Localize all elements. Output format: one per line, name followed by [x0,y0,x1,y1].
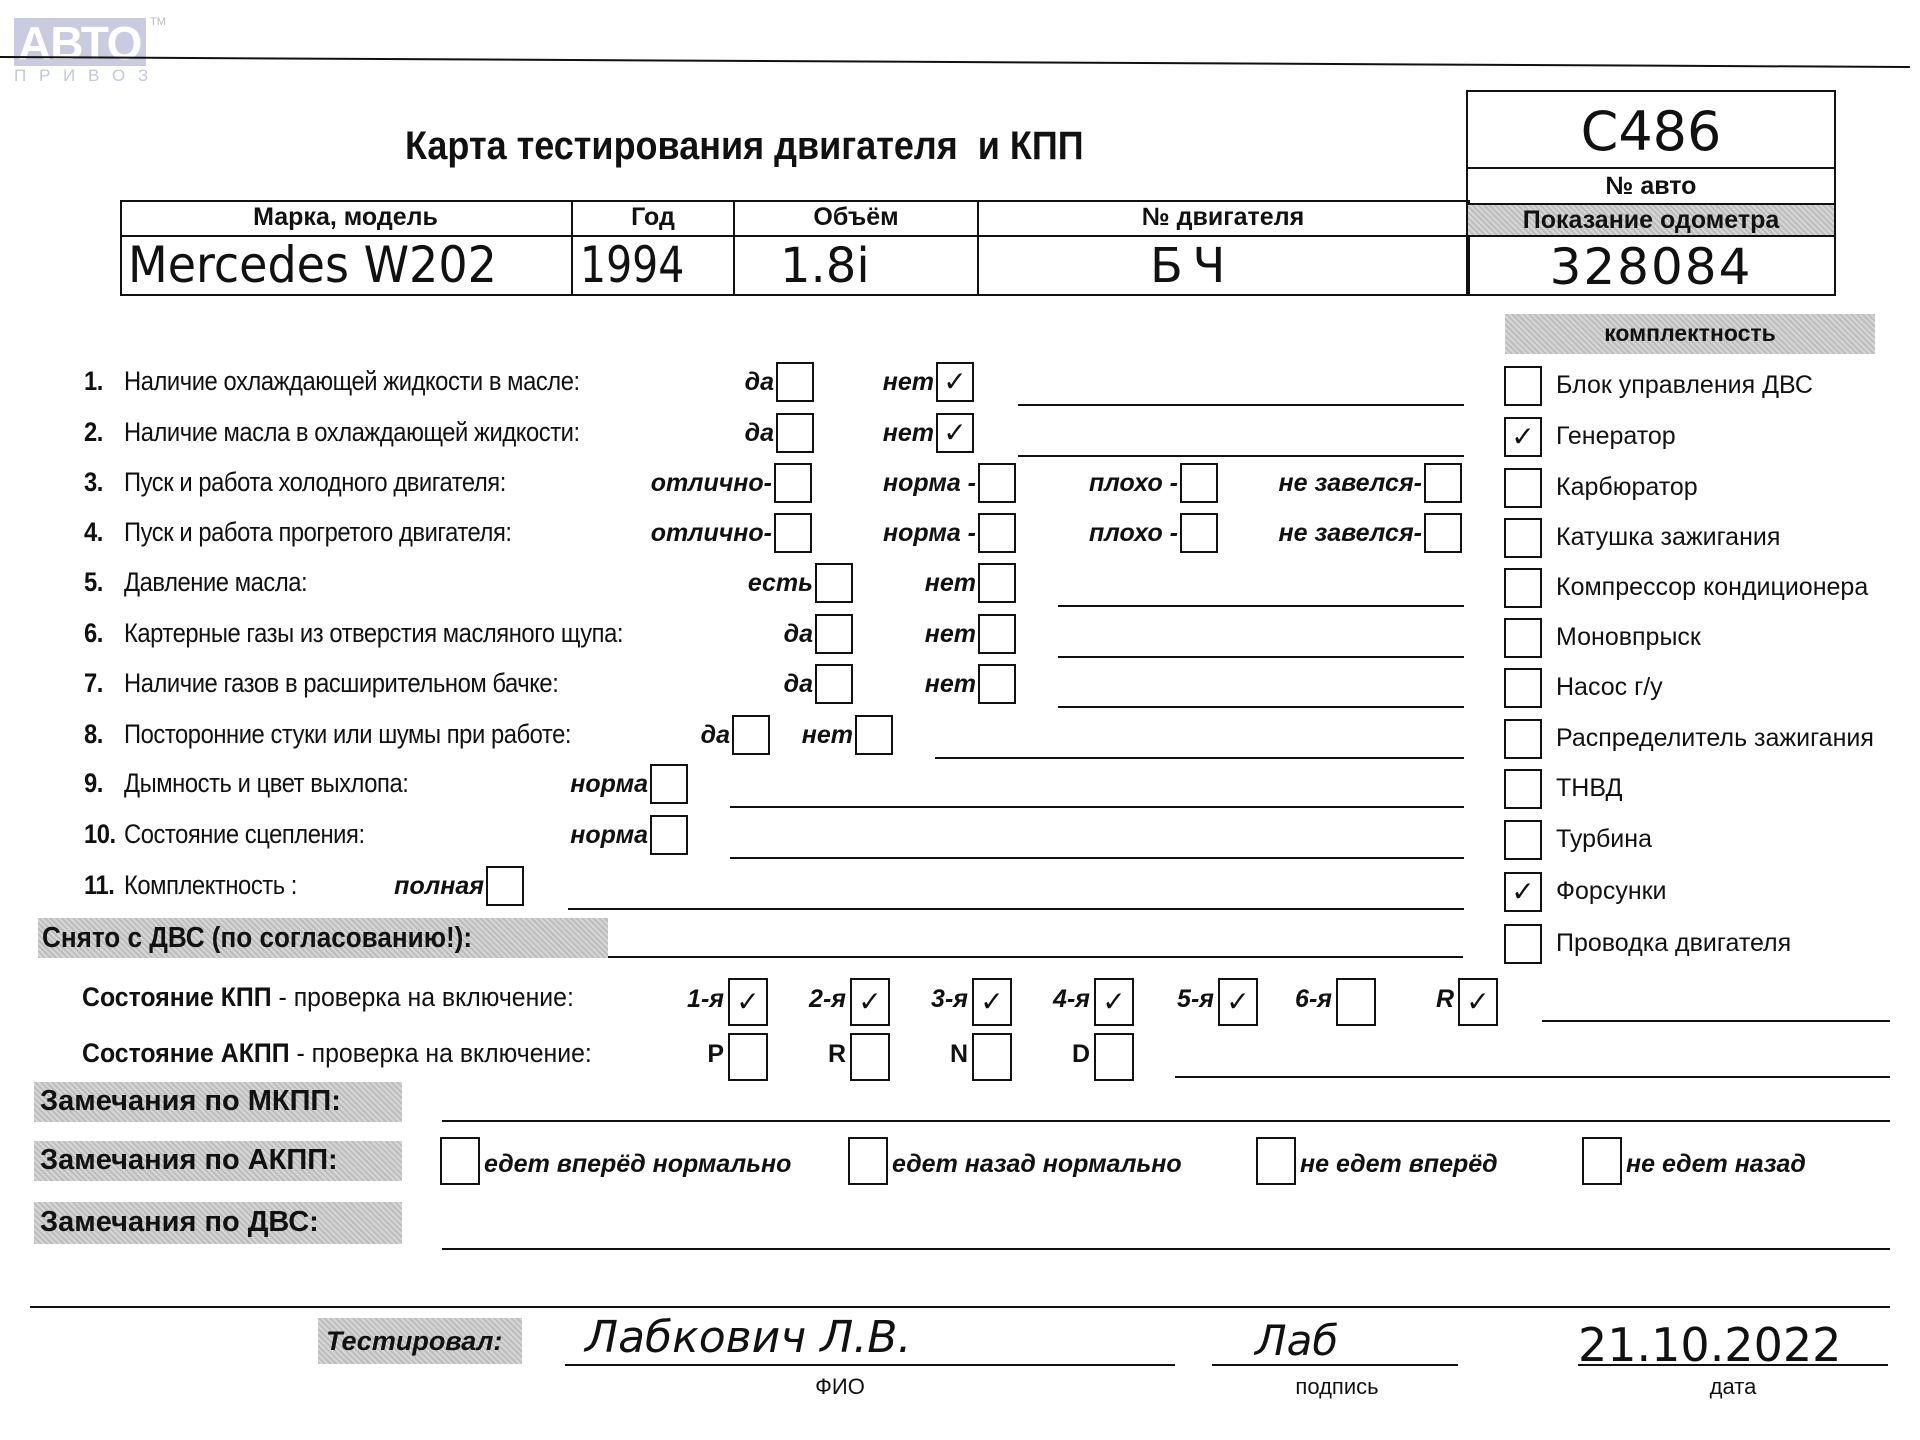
notes-line[interactable] [730,806,1464,808]
completeness-item-label: Генератор [1556,422,1676,451]
checklist-item-text: Пуск и работа холодного двигателя: [124,467,506,498]
option-checkbox[interactable] [978,664,1016,704]
value-engine-no[interactable]: Б Ч [1150,238,1225,294]
option-checkbox[interactable] [815,664,853,704]
checklist-item-text: Состояние сцепления: [124,819,365,850]
page-title: Карта тестирования двигателя и КПП [405,124,1084,169]
checklist-item-text: Пуск и работа прогретого двигателя: [124,517,512,548]
gear-checkbox[interactable]: ✓ [728,978,768,1026]
auto-remark-checkbox[interactable] [1582,1137,1622,1185]
date-caption: дата [1683,1374,1783,1400]
option-checkbox[interactable] [1424,463,1462,503]
auto-remark-checkbox[interactable] [440,1137,480,1185]
completeness-item-label: Карбюратор [1556,473,1698,502]
completeness-checkbox[interactable] [1504,924,1542,964]
date-line [1578,1364,1888,1366]
option-label: да [745,419,774,448]
auto-remark-label: не едет вперёд [1300,1150,1498,1179]
gear-checkbox[interactable]: ✓ [972,978,1012,1026]
completeness-item-label: Форсунки [1556,877,1667,906]
checklist-item-number: 4. [84,517,103,548]
name-caption: ФИО [780,1374,900,1400]
option-checkbox[interactable] [1424,513,1462,553]
option-checkbox[interactable] [486,866,524,906]
notes-line[interactable] [935,757,1464,759]
auto-gearbox-label-bold: Состояние АКПП [82,1038,290,1068]
checkmark-icon: ✓ [1460,980,1496,1024]
auto-position-checkbox[interactable] [972,1033,1012,1081]
car-number-value[interactable]: C486 [1466,100,1836,163]
checkmark-icon: ✓ [852,980,888,1024]
option-label: норма [570,821,648,850]
checklist-item-number: 6. [84,618,103,649]
checkmark-icon: ✓ [1220,980,1256,1024]
footer-rule [30,1306,1890,1308]
auto-remark-label: не едет назад [1626,1150,1806,1179]
manual-gearbox-line[interactable] [1542,1020,1890,1022]
option-label: не завелся- [1279,519,1422,548]
notes-line[interactable] [1058,706,1464,708]
option-label: плохо - [1089,469,1178,498]
checkmark-icon: ✓ [1506,419,1540,455]
checklist-item-number: 9. [84,768,103,799]
removed-section-label: Снято с ДВС (по согласованию!): [42,922,472,955]
checkmark-icon: ✓ [1096,980,1132,1024]
option-label: плохо - [1089,519,1178,548]
checklist-item-text: Наличие охлаждающей жидкости в масле: [124,366,580,397]
gear-label: 4-я [1053,985,1090,1014]
auto-position-label: N [950,1040,968,1069]
completeness-item-label: Компрессор кондиционера [1556,573,1868,602]
checklist-item-text: Давление масла: [124,567,307,598]
auto-remark-checkbox[interactable] [848,1137,888,1185]
option-label: нет [883,419,934,448]
manual-gearbox-label-bold: Состояние КПП [82,982,272,1012]
notes-line[interactable] [1058,656,1464,658]
tested-by-label: Тестировал: [326,1326,502,1357]
option-label: есть [748,569,813,598]
checkmark-icon: ✓ [938,364,972,400]
remarks-auto-label: Замечания по АКПП: [40,1144,338,1177]
completeness-checkbox[interactable] [1504,618,1542,658]
option-checkbox[interactable] [815,563,853,603]
gear-label: 2-я [809,985,846,1014]
odometer-value[interactable]: 328084 [1466,238,1836,296]
completeness-item-label: Насос г/у [1556,673,1663,702]
option-checkbox[interactable] [774,463,812,503]
completeness-item-label: Проводка двигателя [1556,929,1791,958]
remarks-engine-line[interactable] [442,1248,1890,1250]
completeness-checkbox[interactable] [1504,668,1542,708]
option-label: отлично- [651,469,772,498]
logo-sub: П Р И В О З [14,66,152,86]
gear-label: 5-я [1177,985,1214,1014]
option-label: нет [925,620,976,649]
auto-position-label: R [828,1040,846,1069]
auto-position-checkbox[interactable] [850,1033,890,1081]
option-label: норма - [883,519,976,548]
option-label: отлично- [651,519,772,548]
completeness-checkbox[interactable] [1504,568,1542,608]
completeness-checkbox[interactable] [1504,820,1542,860]
signature-line [1212,1364,1458,1366]
checklist-item-text: Картерные газы из отверстия масляного щу… [124,618,623,649]
completeness-item-label: Распределитель зажигания [1556,724,1874,753]
auto-remark-label: едет вперёд нормально [484,1150,791,1179]
remarks-manual-label: Замечания по МКПП: [40,1085,341,1118]
completeness-item-label: Блок управления ДВС [1556,371,1813,400]
header-engine-no: № двигателя [979,203,1467,232]
completeness-checkbox[interactable] [1504,366,1542,406]
completeness-checkbox[interactable] [1504,518,1542,558]
option-checkbox[interactable] [978,513,1016,553]
signature[interactable]: Лаб [1255,1316,1338,1365]
completeness-header: комплектность [1505,320,1875,347]
gear-label: 3-я [931,985,968,1014]
signature-caption: подпись [1272,1374,1402,1400]
option-label: нет [925,569,976,598]
header-year: Год [573,203,733,232]
gear-label: 6-я [1295,985,1332,1014]
auto-gearbox-label-rest: - проверка на включение: [290,1038,592,1068]
notes-line[interactable] [1058,605,1464,607]
auto-position-label: D [1072,1040,1090,1069]
option-label: да [784,620,813,649]
checkmark-icon: ✓ [974,980,1010,1024]
logo-tm: TM [150,16,166,28]
completeness-checkbox[interactable]: ✓ [1504,417,1542,457]
gear-checkbox[interactable]: ✓ [1094,978,1134,1026]
auto-gearbox-line[interactable] [1175,1076,1890,1078]
completeness-item-label: ТНВД [1556,774,1622,803]
top-rule [0,56,1910,68]
notes-line[interactable] [1018,455,1464,457]
option-checkbox[interactable] [776,413,814,453]
checklist-item-number: 8. [84,719,103,750]
notes-line[interactable] [1018,404,1464,406]
option-checkbox[interactable] [732,715,770,755]
completeness-item-label: Моновпрыск [1556,623,1701,652]
option-label: нет [802,721,853,750]
option-checkbox[interactable] [978,563,1016,603]
checklist-item-number: 7. [84,668,103,699]
option-checkbox[interactable]: ✓ [936,413,974,453]
checklist-item-number: 3. [84,467,103,498]
gear-label: R [1436,985,1454,1014]
value-year[interactable]: 1994 [580,236,684,294]
option-label: полная [394,872,484,901]
completeness-item-label: Турбина [1556,825,1652,854]
checkmark-icon: ✓ [730,980,766,1024]
option-label: норма [570,770,648,799]
auto-position-label: P [707,1040,724,1069]
option-checkbox[interactable] [1180,513,1218,553]
checklist-item-number: 11. [84,870,114,901]
option-label: нет [883,368,934,397]
completeness-item-label: Катушка зажигания [1556,523,1780,552]
option-checkbox[interactable] [776,362,814,402]
checkmark-icon: ✓ [938,415,972,451]
auto-gearbox-label: Состояние АКПП - проверка на включение: [82,1038,592,1069]
option-checkbox[interactable] [978,463,1016,503]
auto-position-checkbox[interactable] [1094,1033,1134,1081]
gear-checkbox[interactable]: ✓ [850,978,890,1026]
manual-gearbox-label: Состояние КПП - проверка на включение: [82,982,574,1013]
option-label: не завелся- [1279,469,1422,498]
name-line [565,1364,1175,1366]
logo: АВТО [14,18,146,66]
removed-section-line[interactable] [608,956,1463,958]
auto-remark-checkbox[interactable] [1256,1137,1296,1185]
manual-gearbox-label-rest: - проверка на включение: [272,982,574,1012]
checklist-item-number: 5. [84,567,103,598]
gear-label: 1-я [687,985,724,1014]
notes-line[interactable] [568,908,1464,910]
tester-name[interactable]: Лабкович Л.В. [585,1312,911,1363]
option-checkbox[interactable] [650,764,688,804]
option-checkbox[interactable]: ✓ [936,362,974,402]
option-label: да [701,721,730,750]
gear-checkbox[interactable] [1336,978,1376,1026]
completeness-checkbox[interactable] [1504,769,1542,809]
option-label: нет [925,670,976,699]
checklist-item-text: Наличие масла в охлаждающей жидкости: [124,417,580,448]
checklist-item-text: Посторонние стуки или шумы при работе: [124,719,571,750]
header-volume: Объём [735,203,977,232]
odometer-label: Показание одометра [1466,206,1836,235]
option-checkbox[interactable] [774,513,812,553]
gear-checkbox[interactable]: ✓ [1218,978,1258,1026]
option-checkbox[interactable] [1180,463,1218,503]
car-box-divider [1466,167,1836,169]
checklist-item-text: Комплектность : [124,870,297,901]
option-label: да [745,368,774,397]
checkmark-icon: ✓ [1506,874,1540,910]
option-checkbox[interactable] [978,614,1016,654]
option-checkbox[interactable] [650,815,688,855]
value-volume[interactable]: 1.8i [780,238,870,294]
auto-remark-label: едет назад нормально [892,1150,1182,1179]
remarks-engine-label: Замечания по ДВС: [40,1206,319,1239]
completeness-checkbox[interactable] [1504,468,1542,508]
option-checkbox[interactable] [815,614,853,654]
option-label: норма - [883,469,976,498]
notes-line[interactable] [730,857,1464,859]
car-box-divider [1466,235,1836,237]
checklist-item-text: Наличие газов в расширительном бачке: [124,668,558,699]
checklist-item-text: Дымность и цвет выхлопа: [124,768,408,799]
completeness-checkbox[interactable]: ✓ [1504,872,1542,912]
remarks-manual-line[interactable] [442,1120,1890,1122]
option-checkbox[interactable] [855,715,893,755]
completeness-checkbox[interactable] [1504,719,1542,759]
option-label: да [784,670,813,699]
auto-position-checkbox[interactable] [728,1033,768,1081]
header-make-model: Марка, модель [120,203,571,232]
checklist-item-number: 2. [84,417,103,448]
gear-checkbox[interactable]: ✓ [1458,978,1498,1026]
checklist-item-number: 10. [84,819,116,850]
checklist-item-number: 1. [84,366,103,397]
car-number-label: № авто [1466,172,1836,201]
value-make-model[interactable]: Mercedes W202 [128,236,497,294]
logo-brand: АВТО [18,16,141,70]
